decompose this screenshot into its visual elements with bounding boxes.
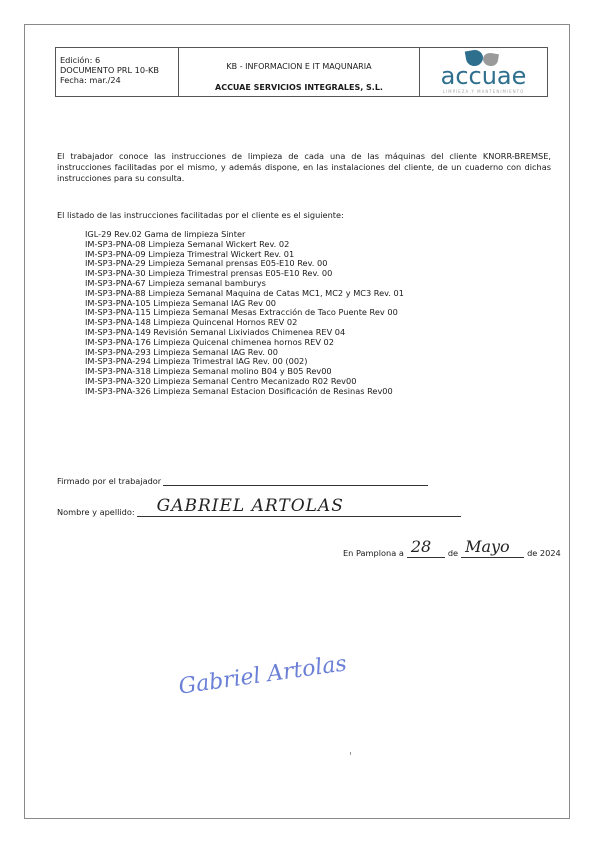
edition-label: Edición: 6 bbox=[60, 55, 178, 65]
document-title-cell: KB - INFORMACION E IT MAQUNARIA ACCUAE S… bbox=[179, 48, 420, 96]
name-label: Nombre y apellido: bbox=[57, 507, 135, 517]
intro-paragraph: El trabajador conoce las instrucciones d… bbox=[57, 151, 551, 184]
signed-by-label: Firmado por el trabajador bbox=[57, 476, 161, 486]
de-label: de bbox=[448, 548, 458, 558]
name-row: Nombre y apellido: GABRIEL ARTOLAS bbox=[57, 507, 461, 517]
day-field[interactable]: 28 bbox=[407, 549, 445, 558]
page-border bbox=[24, 24, 570, 819]
list-item: IM-SP3-PNA-326 Limpieza Semanal Estacion… bbox=[85, 387, 404, 397]
signed-by-row: Firmado por el trabajador bbox=[57, 476, 428, 486]
logo-tagline: LIMPIEZA Y MANTENIMIENTO bbox=[420, 89, 547, 94]
document-title: KB - INFORMACION E IT MAQUNARIA bbox=[179, 62, 419, 71]
document-meta: Edición: 6 DOCUMENTO PRL 10-KB Fecha: ma… bbox=[56, 48, 179, 96]
name-field[interactable]: GABRIEL ARTOLAS bbox=[137, 508, 461, 517]
company-name: ACCUAE SERVICIOS INTEGRALES, S.L. bbox=[179, 83, 419, 92]
place-date-row: En Pamplona a 28 de Mayo de 2024 bbox=[343, 548, 561, 558]
list-intro: El listado de las instrucciones facilita… bbox=[57, 210, 344, 221]
document-date: Fecha: mar./24 bbox=[60, 75, 178, 85]
year-suffix: de 2024 bbox=[527, 548, 561, 558]
month-handwritten: Mayo bbox=[465, 537, 510, 556]
document-header: Edición: 6 DOCUMENTO PRL 10-KB Fecha: ma… bbox=[55, 47, 548, 97]
logo-wordmark: accuae bbox=[420, 64, 547, 88]
day-handwritten: 28 bbox=[411, 537, 431, 556]
instructions-list: IGL-29 Rev.02 Gama de limpieza Sinter IM… bbox=[85, 230, 404, 397]
name-handwritten: GABRIEL ARTOLAS bbox=[157, 496, 344, 516]
signed-by-field[interactable] bbox=[163, 477, 428, 486]
place-prefix: En Pamplona a bbox=[343, 548, 404, 558]
company-logo: accuae LIMPIEZA Y MANTENIMIENTO bbox=[420, 48, 547, 96]
document-code: DOCUMENTO PRL 10-KB bbox=[60, 65, 178, 75]
month-field[interactable]: Mayo bbox=[461, 549, 524, 558]
scan-speck bbox=[350, 752, 351, 755]
